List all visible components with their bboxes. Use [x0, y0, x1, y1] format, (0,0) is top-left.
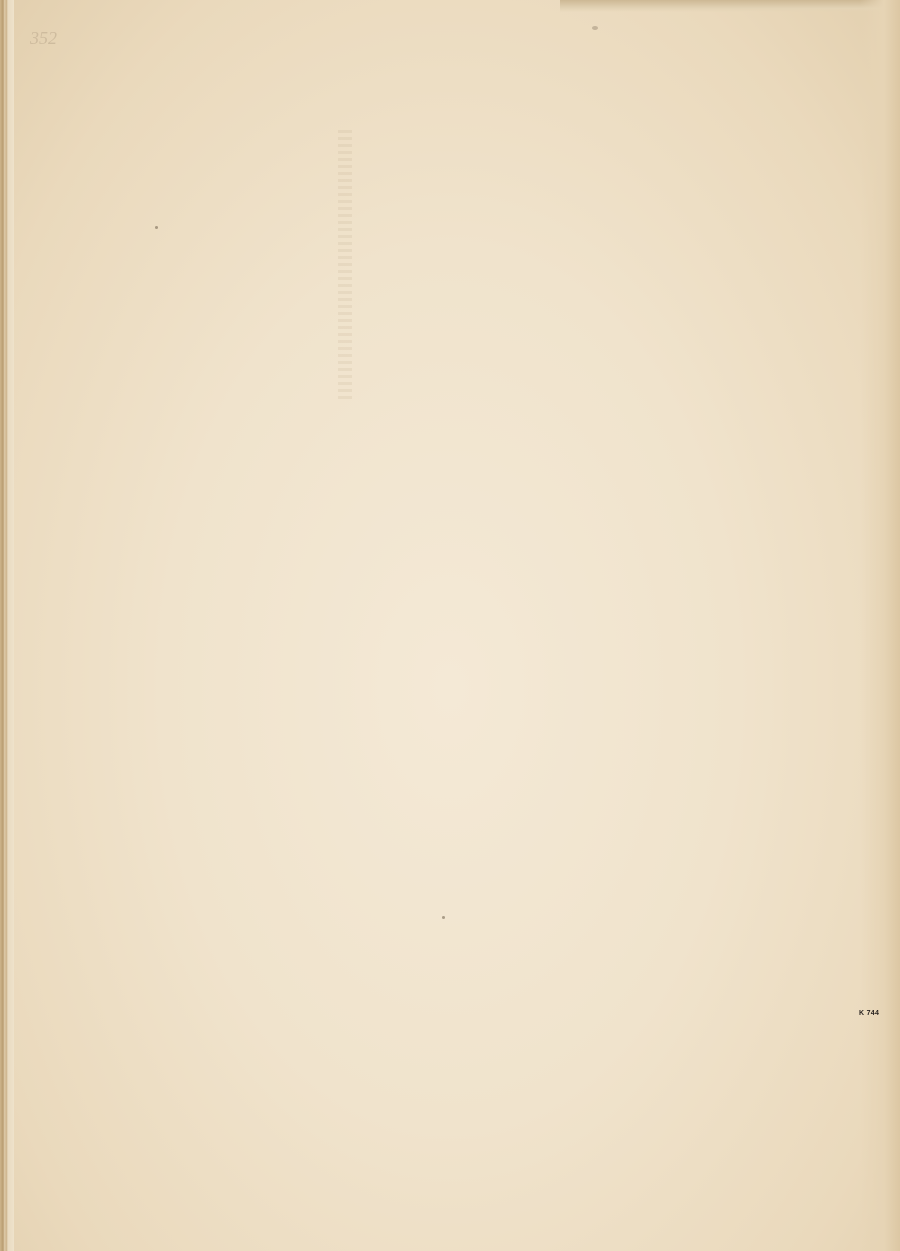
- paper-speck: [155, 226, 158, 229]
- pencil-annotation: 352: [30, 28, 57, 49]
- scanned-page: 352 K 744: [0, 0, 900, 1251]
- catalog-code: K 744: [859, 1010, 879, 1017]
- page-left-edge: [0, 0, 14, 1251]
- faint-bleedthrough-strip: [338, 130, 352, 400]
- page-right-edge: [860, 0, 900, 1251]
- page-top-edge: [560, 0, 900, 12]
- paper-speck: [592, 26, 598, 30]
- paper-speck: [442, 916, 445, 919]
